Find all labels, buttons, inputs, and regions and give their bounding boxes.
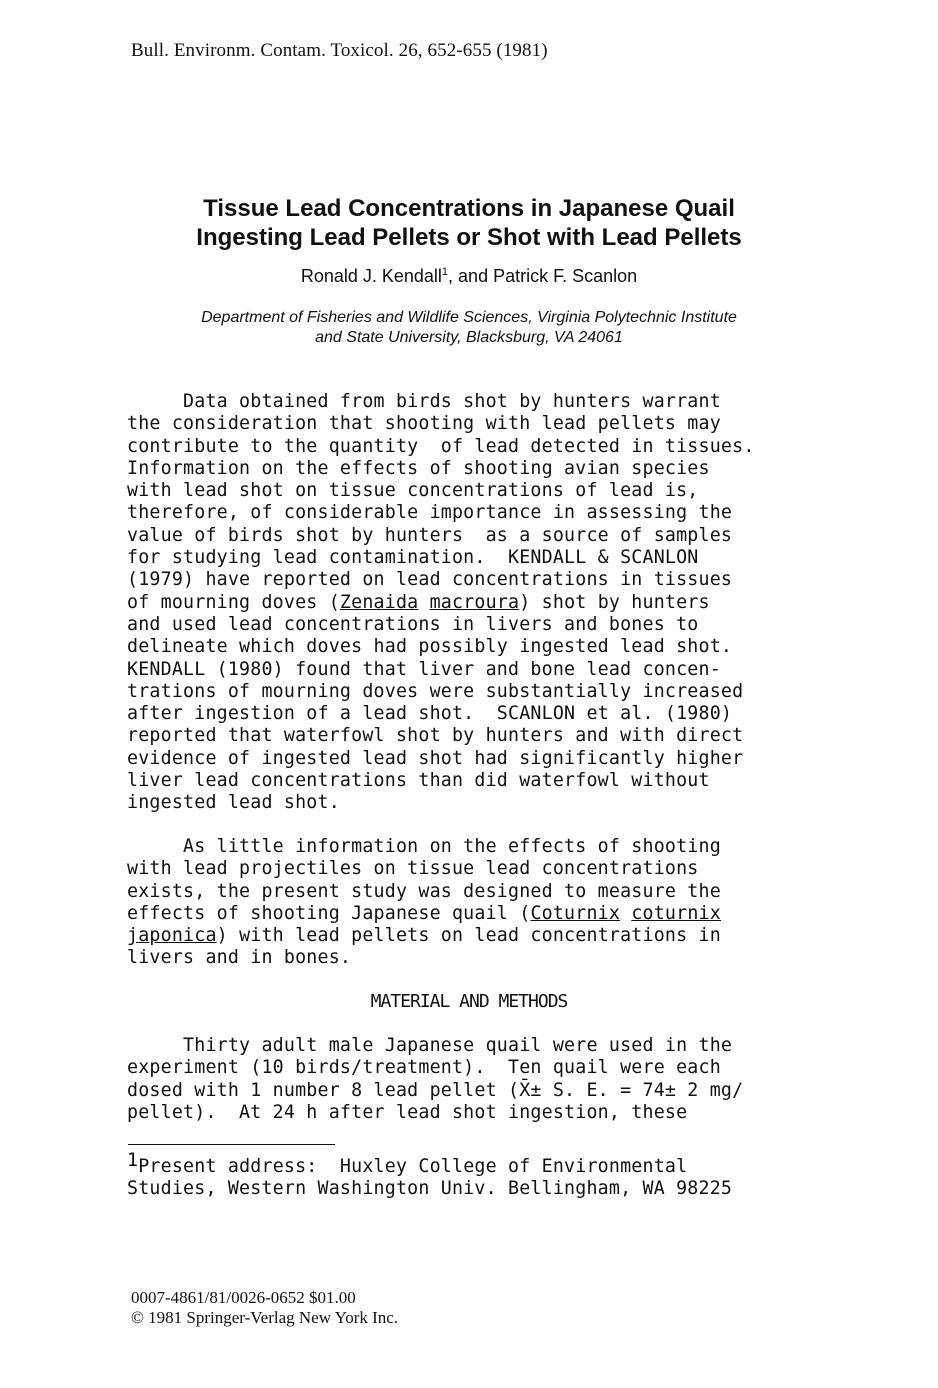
footnote-mark: 1 (127, 1150, 138, 1171)
affiliation-line-2: and State University, Blacksburg, VA 240… (0, 328, 938, 348)
text-line: KENDALL (1980) found that liver and bone… (127, 659, 887, 681)
text-span: ) shot by hunters (519, 592, 710, 613)
affiliation: Department of Fisheries and Wildlife Sci… (0, 308, 938, 348)
species-name: japonica (127, 925, 217, 946)
text-line: delineate which doves had possibly inges… (127, 636, 887, 658)
author-2: , and Patrick F. Scanlon (448, 266, 637, 286)
text-line: the consideration that shooting with lea… (127, 413, 887, 435)
text-span: ) with lead pellets on lead concentratio… (217, 925, 721, 946)
text-line: exists, the present study was designed t… (127, 881, 887, 903)
text-line: Data obtained from birds shot by hunters… (127, 391, 887, 413)
text-line: (1979) have reported on lead concentrati… (127, 569, 887, 591)
text-line: effects of shooting Japanese quail (Cotu… (127, 903, 887, 925)
text-line: liver lead concentrations than did water… (127, 770, 887, 792)
text-line: contribute to the quantity of lead detec… (127, 436, 887, 458)
section-heading: MATERIAL AND METHODS (0, 991, 938, 1012)
text-line: with lead projectiles on tissue lead con… (127, 858, 887, 880)
text-line: As little information on the effects of … (127, 836, 887, 858)
text-line: experiment (10 birds/treatment). Ten qua… (127, 1057, 887, 1079)
text-line: of mourning doves (Zenaida macroura) sho… (127, 592, 887, 614)
text-line: therefore, of considerable importance in… (127, 502, 887, 524)
article-title: Tissue Lead Concentrations in Japanese Q… (0, 194, 938, 252)
paragraph-methods: Thirty adult male Japanese quail were us… (127, 1035, 887, 1124)
text-span: Present address: Huxley College of Envir… (138, 1156, 687, 1177)
text-line: with lead shot on tissue concentrations … (127, 480, 887, 502)
affiliation-line-1: Department of Fisheries and Wildlife Sci… (0, 308, 938, 328)
text-line: livers and in bones. (127, 947, 887, 969)
footnote-divider (128, 1144, 335, 1145)
text-span: effects of shooting Japanese quail ( (127, 903, 530, 924)
text-line: 1Present address: Huxley College of Envi… (127, 1156, 887, 1178)
text-line: Thirty adult male Japanese quail were us… (127, 1035, 887, 1057)
species-name: macroura (430, 592, 520, 613)
paragraph-objective: As little information on the effects of … (127, 836, 887, 970)
species-name: coturnix (631, 903, 721, 924)
author-1: Ronald J. Kendall (301, 266, 442, 286)
title-line-1: Tissue Lead Concentrations in Japanese Q… (0, 194, 938, 223)
text-line: Information on the effects of shooting a… (127, 458, 887, 480)
journal-citation: Bull. Environm. Contam. Toxicol. 26, 652… (131, 40, 548, 62)
text-line: evidence of ingested lead shot had signi… (127, 748, 887, 770)
issn-code: 0007-4861/81/0026-0652 $01.00 (131, 1288, 398, 1308)
text-line: Studies, Western Washington Univ. Bellin… (127, 1178, 887, 1200)
footnote: 1Present address: Huxley College of Envi… (127, 1156, 887, 1201)
text-line: pellet). At 24 h after lead shot ingesti… (127, 1102, 887, 1124)
text-line: ingested lead shot. (127, 792, 887, 814)
text-line: value of birds shot by hunters as a sour… (127, 525, 887, 547)
species-name: Coturnix (530, 903, 620, 924)
text-span: of mourning doves ( (127, 592, 340, 613)
text-line: reported that waterfowl shot by hunters … (127, 725, 887, 747)
species-name: Zenaida (340, 592, 418, 613)
authors: Ronald J. Kendall1, and Patrick F. Scanl… (0, 266, 938, 287)
text-line: and used lead concentrations in livers a… (127, 614, 887, 636)
title-line-2: Ingesting Lead Pellets or Shot with Lead… (0, 223, 938, 252)
paragraph-introduction: Data obtained from birds shot by hunters… (127, 391, 887, 815)
text-line: trations of mourning doves were substant… (127, 681, 887, 703)
publisher-info: 0007-4861/81/0026-0652 $01.00 © 1981 Spr… (131, 1288, 398, 1328)
text-line: japonica) with lead pellets on lead conc… (127, 925, 887, 947)
text-line: for studying lead contamination. KENDALL… (127, 547, 887, 569)
copyright: © 1981 Springer-Verlag New York Inc. (131, 1308, 398, 1328)
text-line: after ingestion of a lead shot. SCANLON … (127, 703, 887, 725)
text-line: dosed with 1 number 8 lead pellet (X̄± S… (127, 1080, 887, 1102)
